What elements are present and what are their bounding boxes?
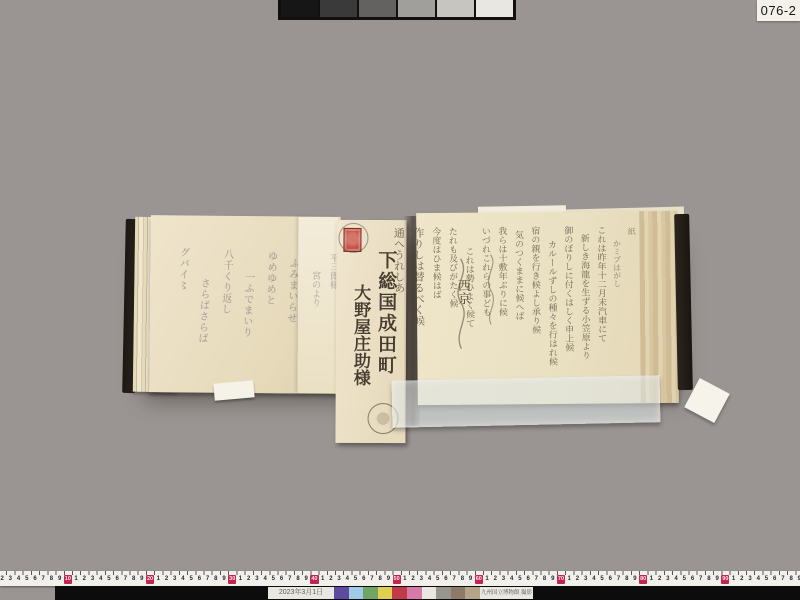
- ruler-digit: 5: [762, 575, 770, 584]
- ruler-digit: 3: [88, 575, 96, 584]
- handwriting-column: 八千くり返し: [214, 249, 235, 386]
- ruler-digit: 8: [47, 575, 55, 584]
- shooting-date-label: 2023年3月1日: [268, 587, 334, 599]
- ruler-digit: 1: [565, 575, 573, 584]
- ruler-digit: 7: [697, 575, 705, 584]
- postmark-circle-top: [338, 223, 368, 253]
- ruler-digit: 4: [343, 575, 351, 584]
- ruler-digit: 7: [450, 575, 458, 584]
- ruler-digit: 8: [130, 575, 138, 584]
- handwriting-column: かミブはがし: [611, 227, 623, 347]
- ruler-digit: 8: [623, 575, 631, 584]
- color-patch: [334, 587, 349, 599]
- ruler-digit: 8: [705, 575, 713, 584]
- ruler-digit: 9: [138, 575, 146, 584]
- translucent-interleaving-paper: [392, 375, 661, 428]
- ruler-digit: 2: [573, 575, 581, 584]
- ruler-digit: 5: [105, 575, 113, 584]
- ruler-digit: 1: [483, 575, 491, 584]
- ruler-digit: 5: [23, 575, 31, 584]
- color-patch: [407, 587, 422, 599]
- ruler-digit: 4: [754, 575, 762, 584]
- ruler-digit: 7: [121, 575, 129, 584]
- ruler-decade-number: 40: [310, 575, 318, 584]
- ruler-digit: 9: [631, 575, 639, 584]
- ruler-digit: 6: [606, 575, 614, 584]
- handwriting-column: 宮のより: [309, 253, 323, 383]
- ruler-digit: 6: [195, 575, 203, 584]
- large-calligraphy-chars: 西京: [453, 279, 473, 349]
- strip-handwriting: 平三郎様宮のより: [304, 253, 341, 383]
- ruler-digit: 5: [598, 575, 606, 584]
- ruler-digit: 5: [269, 575, 277, 584]
- ruler-digit: 1: [729, 575, 737, 584]
- ruler-digit: 3: [664, 575, 672, 584]
- ruler-decade-number: 30: [228, 575, 236, 584]
- ruler-digit: 2: [162, 575, 170, 584]
- ruler-digit: 7: [779, 575, 787, 584]
- ruler-digit: 5: [434, 575, 442, 584]
- grayscale-patch: [437, 0, 474, 17]
- grayscale-calibration-strip: [278, 0, 516, 20]
- grayscale-patch: [476, 0, 513, 17]
- ruler-digit: 2: [245, 575, 253, 584]
- color-calibration-patches: [334, 587, 480, 599]
- ruler-digit: 7: [39, 575, 47, 584]
- ruler-decade-number: 10: [64, 575, 72, 584]
- ruler-digit: 1: [401, 575, 409, 584]
- ruler-decade-number: 80: [639, 575, 647, 584]
- ruler-digit: 9: [220, 575, 228, 584]
- color-patch: [392, 587, 407, 599]
- ruler-digit: 9: [302, 575, 310, 584]
- ruler-digit: 7: [286, 575, 294, 584]
- ruler-digit: 9: [713, 575, 721, 584]
- ruler-digit: 8: [212, 575, 220, 584]
- ruler-digit: 6: [277, 575, 285, 584]
- ruler-digit: 9: [56, 575, 64, 584]
- ruler-numbers: 2345678910123456789201234567893012345678…: [0, 575, 800, 584]
- ruler-digit: 1: [154, 575, 162, 584]
- ruler-decade-number: 60: [475, 575, 483, 584]
- ruler-digit: 4: [508, 575, 516, 584]
- ruler-digit: 6: [360, 575, 368, 584]
- ruler-digit: 5: [187, 575, 195, 584]
- ruler-digit: 3: [417, 575, 425, 584]
- ruler-decade-number: 50: [393, 575, 401, 584]
- color-patch: [363, 587, 378, 599]
- grayscale-patch: [359, 0, 396, 17]
- ruler-digit: 8: [540, 575, 548, 584]
- handwriting-column: ゆめゆめと: [258, 250, 279, 387]
- ruler-digit: 2: [327, 575, 335, 584]
- ruler-digit: 3: [582, 575, 590, 584]
- ruler-decade-number: 70: [557, 575, 565, 584]
- handwriting-column: 紙: [626, 227, 638, 347]
- ruler-digit: 8: [294, 575, 302, 584]
- ruler-digit: 3: [171, 575, 179, 584]
- ruler-digit: 2: [80, 575, 88, 584]
- centimeter-ruler: 2345678910123456789201234567893012345678…: [0, 571, 800, 586]
- ruler-digit: 1: [319, 575, 327, 584]
- color-patch: [378, 587, 393, 599]
- ruler-digit: 4: [261, 575, 269, 584]
- grayscale-patch: [398, 0, 435, 17]
- ruler-decade-number: 20: [146, 575, 154, 584]
- ruler-digit: 5: [680, 575, 688, 584]
- handwriting-column: 一ふでまいり: [236, 249, 257, 386]
- ruler-digit: 2: [491, 575, 499, 584]
- ruler-digit: 6: [688, 575, 696, 584]
- ruler-digit: 7: [614, 575, 622, 584]
- ruler-digit: 5: [351, 575, 359, 584]
- grayscale-patch: [281, 0, 318, 17]
- ruler-digit: 3: [335, 575, 343, 584]
- handwriting-column: グバイ〻: [170, 247, 191, 384]
- ruler-digit: 6: [524, 575, 532, 584]
- grayscale-patch: [320, 0, 357, 17]
- ruler-digit: 2: [656, 575, 664, 584]
- ruler-digit: 1: [72, 575, 80, 584]
- ruler-digit: 5: [516, 575, 524, 584]
- ruler-digit: 8: [458, 575, 466, 584]
- ruler-digit: 4: [672, 575, 680, 584]
- ruler-digit: 6: [31, 575, 39, 584]
- corner-annotation: 紙かミブはがし: [607, 227, 638, 347]
- ruler-digit: 3: [253, 575, 261, 584]
- handwriting-column: さらばさらば: [192, 248, 213, 385]
- ruler-digit: 7: [532, 575, 540, 584]
- ruler-digit: 9: [549, 575, 557, 584]
- color-patch: [451, 587, 466, 599]
- folded-letter-strip: 平三郎様宮のより: [298, 217, 339, 393]
- ruler-digit: 7: [368, 575, 376, 584]
- ruler-digit: 8: [376, 575, 384, 584]
- ruler-digit: 2: [738, 575, 746, 584]
- ruler-digit: 1: [647, 575, 655, 584]
- small-paper-slip: [213, 380, 254, 400]
- ruler-digit: 8: [787, 575, 795, 584]
- color-patch: [422, 587, 437, 599]
- ruler-decade-number: 90: [721, 575, 729, 584]
- ruler-digit: 6: [113, 575, 121, 584]
- museum-credit-label: 九州国立博物館 撮影: [480, 587, 533, 599]
- ruler-digit: 3: [6, 575, 14, 584]
- ruler-digit: 4: [14, 575, 22, 584]
- color-patch: [436, 587, 451, 599]
- ruler-digit: 1: [236, 575, 244, 584]
- ruler-digit: 6: [442, 575, 450, 584]
- ruler-digit: 4: [425, 575, 433, 584]
- book-cover-right-edge: [674, 214, 693, 390]
- ruler-digit: 3: [746, 575, 754, 584]
- ruler-digit: 9: [384, 575, 392, 584]
- ruler-digit: 4: [179, 575, 187, 584]
- ruler-digit: 4: [590, 575, 598, 584]
- ruler-digit: 2: [409, 575, 417, 584]
- color-patch: [465, 587, 480, 599]
- ruler-digit: 7: [203, 575, 211, 584]
- color-patch: [349, 587, 364, 599]
- ruler-digit: 9: [466, 575, 474, 584]
- ruler-digit: 3: [499, 575, 507, 584]
- ruler-digit: 6: [771, 575, 779, 584]
- ruler-digit: 9: [795, 575, 800, 584]
- ruler-digit: 4: [97, 575, 105, 584]
- frame-number-label: 076-2: [757, 0, 800, 21]
